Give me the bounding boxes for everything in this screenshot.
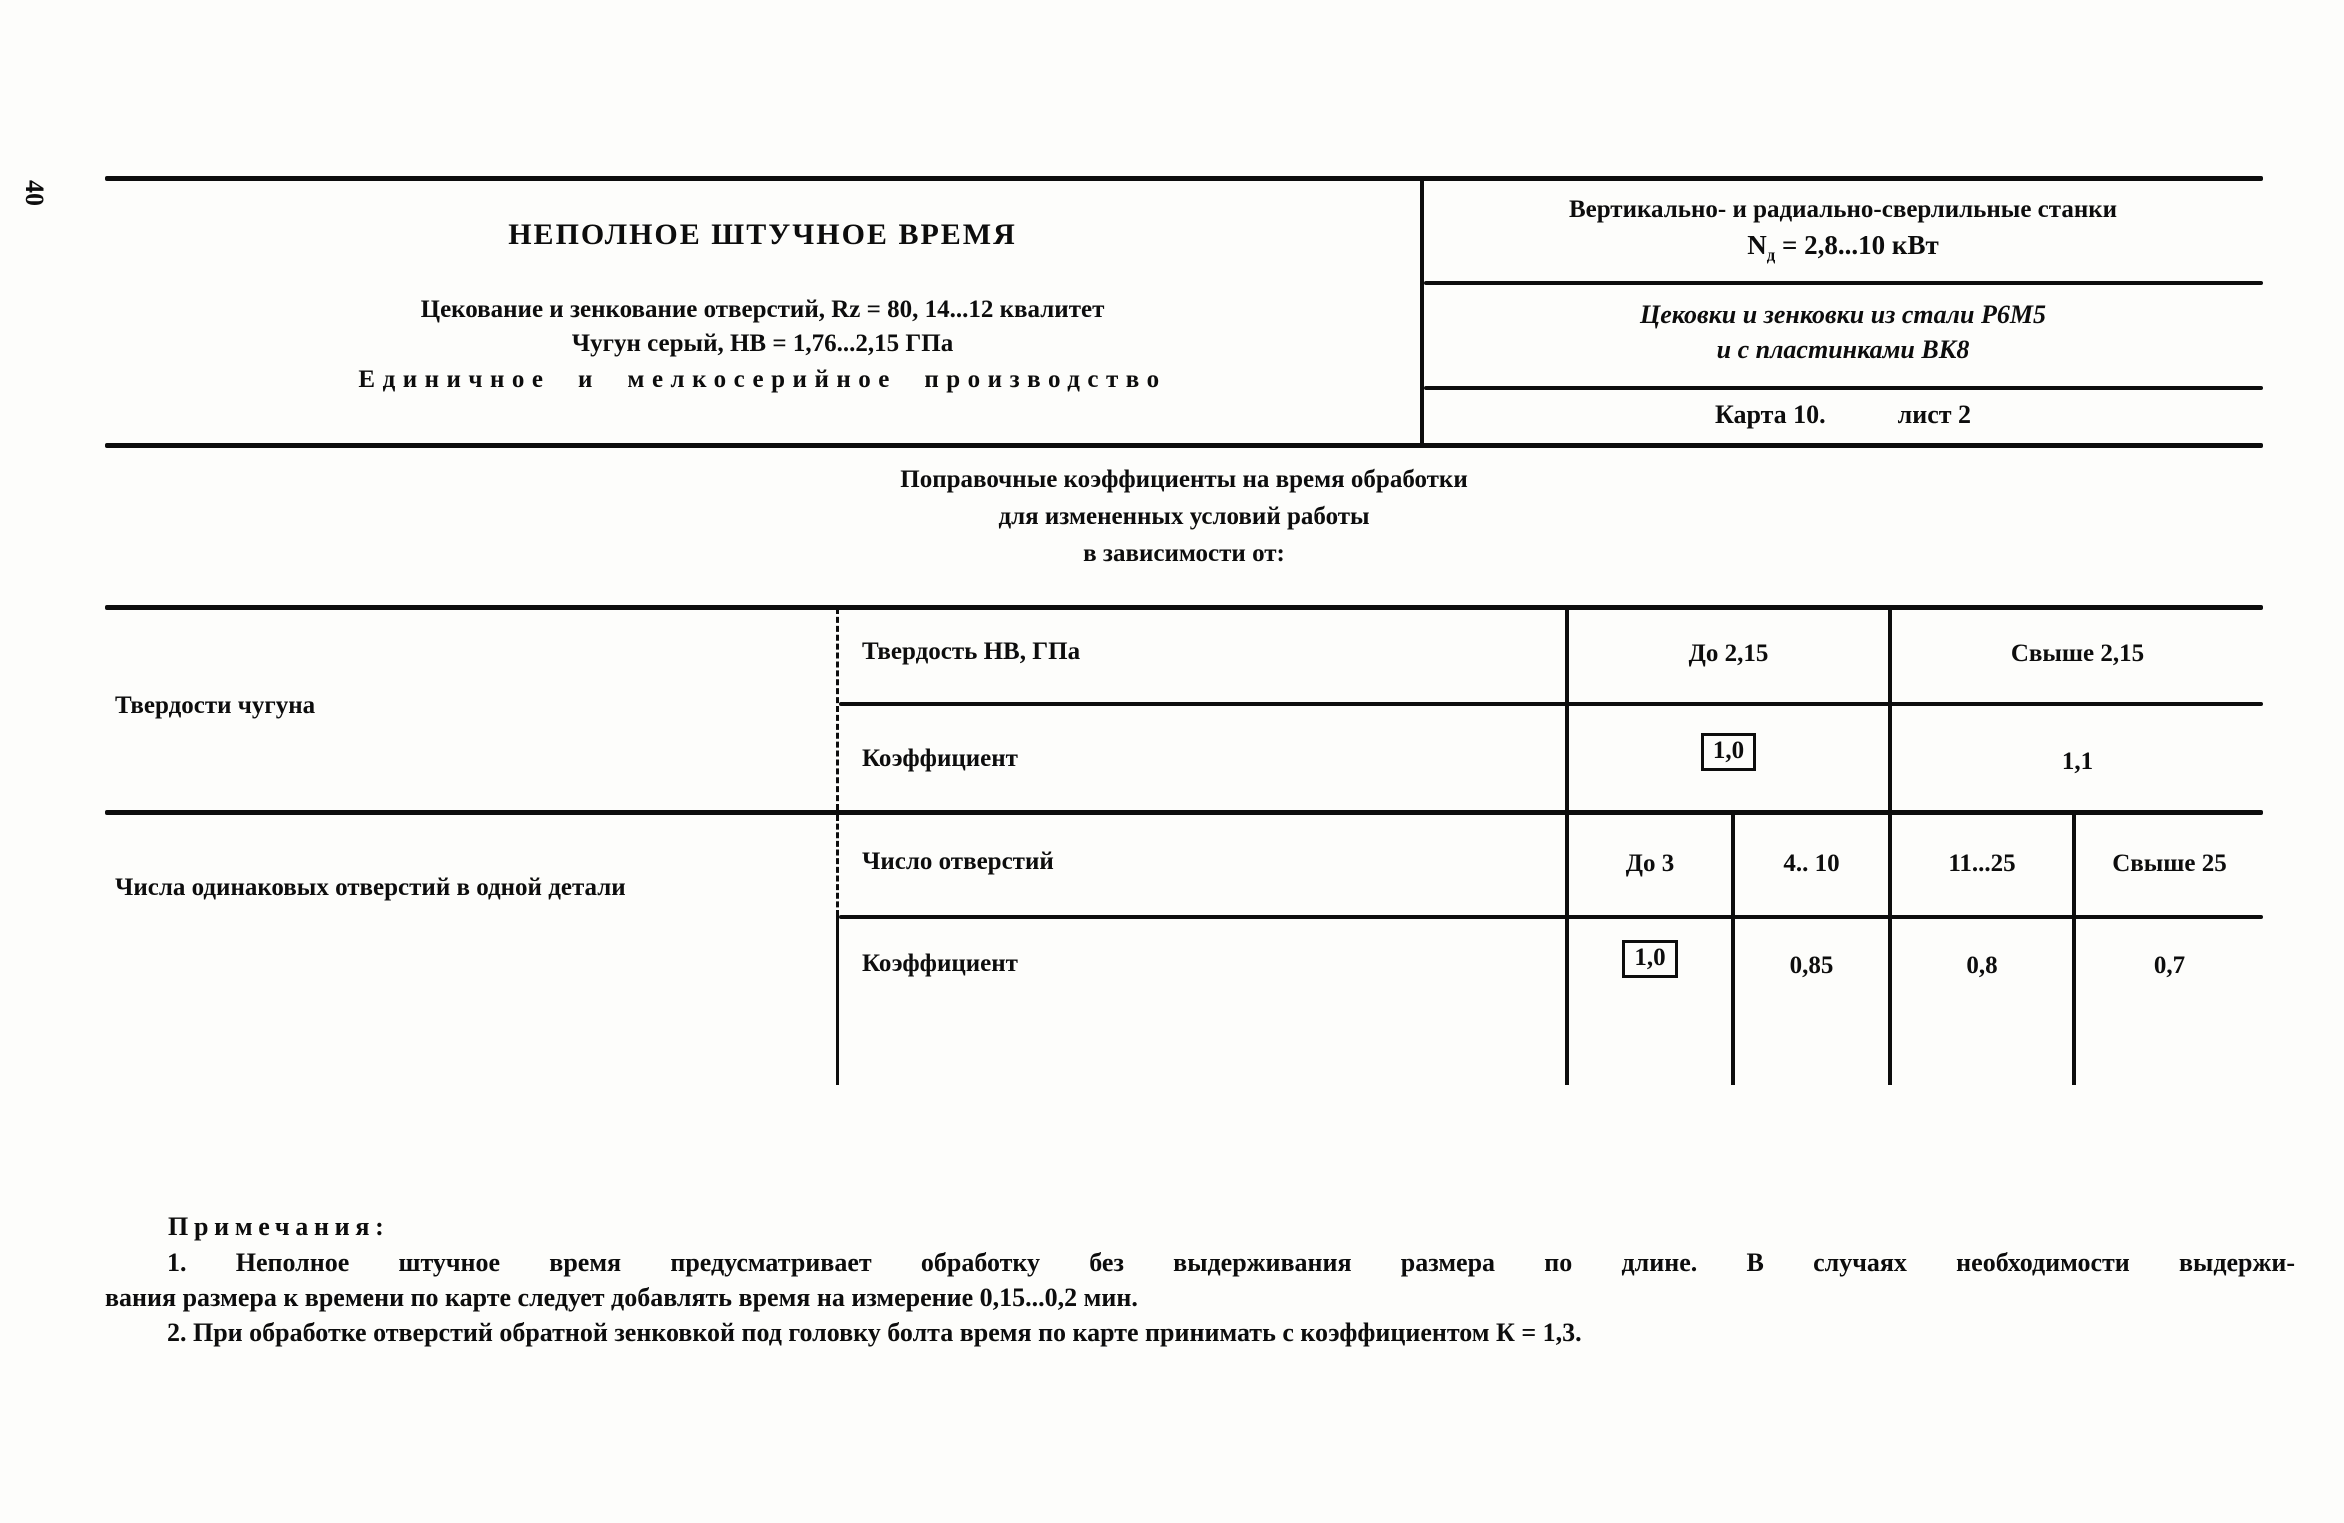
- hardness-table-row-divider: [839, 702, 2263, 706]
- holes-coef-1-cell: 1,0: [1569, 940, 1731, 978]
- holes-range-4: Свыше 25: [2076, 850, 2263, 878]
- tools-line-1: Цековки и зенковки из стали Р6М5: [1424, 300, 2262, 330]
- hardness-param-label: Твердость НВ, ГПа: [862, 638, 1080, 666]
- holes-param-label: Число отверстий: [862, 848, 1054, 876]
- hardness-coef-1-cell: 1,0: [1569, 733, 1888, 771]
- holes-range-2: 4.. 10: [1735, 850, 1888, 878]
- machines-line: Вертикально- и радиально-сверлильные ста…: [1424, 196, 2262, 224]
- hardness-table-col-divider-1: [1565, 608, 1569, 810]
- section-heading-line-2: для измененных условий работы: [105, 503, 2263, 531]
- sheet-number: лист 2: [1898, 400, 1971, 430]
- holes-factor-label: Числа одинаковых отверстий в одной детал…: [115, 874, 626, 902]
- note-2: 2. При обработке отверстий обратной зенк…: [167, 1318, 1582, 1348]
- holes-coef-3: 0,8: [1892, 952, 2072, 980]
- hardness-range-1: До 2,15: [1569, 640, 1888, 668]
- operation-subtitle: Цекование и зенкование отверстий, Rz = 8…: [105, 296, 1420, 324]
- hardness-table-col-divider-2: [1888, 608, 1892, 810]
- header-box-bottom-border: [105, 443, 2263, 448]
- power-symbol-subscript: д: [1767, 245, 1775, 264]
- holes-table-left-divider-lower: [836, 916, 839, 1085]
- header-right-divider-2: [1424, 386, 2263, 390]
- holes-coef-4: 0,7: [2076, 952, 2263, 980]
- header-right-divider-1: [1424, 281, 2263, 285]
- notes-heading: Примечания:: [168, 1212, 390, 1242]
- hardness-factor-label: Твердости чугуна: [115, 692, 315, 720]
- production-type-subtitle: Единичное и мелкосерийное производство: [105, 366, 1420, 394]
- document-page: 40 НЕПОЛНОЕ ШТУЧНОЕ ВРЕМЯ Цекование и зе…: [0, 0, 2344, 1523]
- holes-table-row-divider: [839, 915, 2263, 919]
- hardness-table-dashed-divider: [836, 608, 839, 810]
- material-subtitle: Чугун серый, НВ = 1,76...2,15 ГПа: [105, 330, 1420, 358]
- holes-range-1: До 3: [1569, 850, 1731, 878]
- hardness-coef-label: Коэффициент: [862, 745, 1018, 773]
- tools-line-2: и с пластинками ВК8: [1424, 335, 2262, 365]
- power-symbol: N: [1747, 230, 1767, 260]
- hardness-coef-2: 1,1: [1892, 748, 2263, 776]
- page-number: 40: [19, 173, 49, 213]
- note-1-line-2: вания размера к времени по карте следует…: [105, 1283, 1138, 1313]
- header-box-top-border: [105, 176, 2263, 181]
- note-1-line-1: 1. Неполное штучное время предусматривае…: [105, 1248, 2295, 1278]
- holes-coef-label: Коэффициент: [862, 950, 1018, 978]
- hardness-table-bottom-border: [105, 810, 2263, 815]
- card-number: Карта 10.: [1715, 400, 1826, 430]
- power-value: = 2,8...10 кВт: [1775, 230, 1938, 260]
- card-sheet-row: Карта 10. лист 2: [1424, 400, 2262, 430]
- hardness-table-top-border: [105, 605, 2263, 610]
- document-title: НЕПОЛНОЕ ШТУЧНОЕ ВРЕМЯ: [105, 218, 1420, 252]
- section-heading-line-3: в зависимости от:: [105, 540, 2263, 568]
- holes-coef-2: 0,85: [1735, 952, 1888, 980]
- machines-power-line: Nд = 2,8...10 кВт: [1424, 230, 2262, 265]
- holes-range-3: 11...25: [1892, 850, 2072, 878]
- holes-coef-1-boxed: 1,0: [1622, 940, 1677, 978]
- hardness-range-2: Свыше 2,15: [1892, 640, 2263, 668]
- holes-table-dashed-divider: [836, 815, 839, 916]
- section-heading-line-1: Поправочные коэффициенты на время обрабо…: [105, 466, 2263, 494]
- hardness-coef-1-boxed: 1,0: [1701, 733, 1756, 771]
